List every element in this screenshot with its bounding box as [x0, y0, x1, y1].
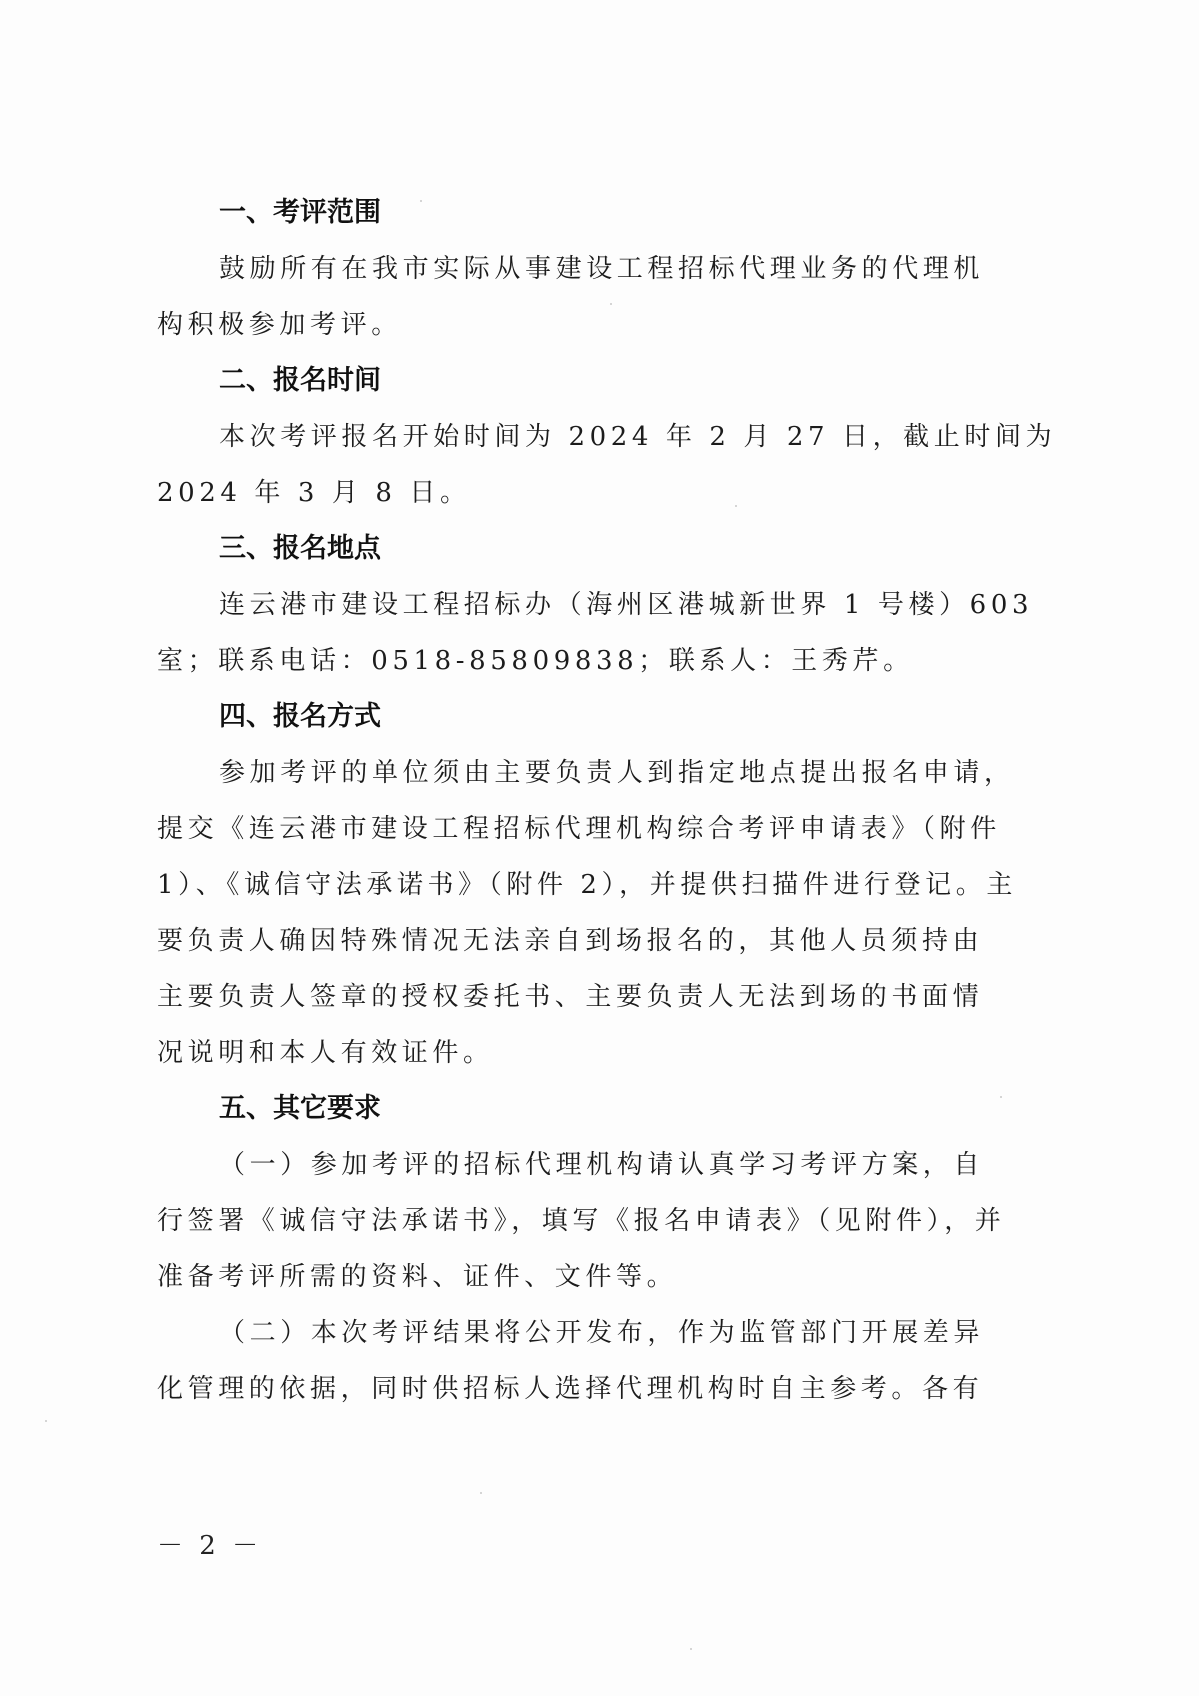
text-line: 1）、《诚信守法承诺书》（附件 2），并提供扫描件进行登记。主 — [157, 857, 969, 913]
scan-speck — [610, 303, 612, 305]
paragraph-requirement-1: （一）参加考评的招标代理机构请认真学习考评方案，自 行签署《诚信守法承诺书》，填… — [157, 1137, 969, 1305]
paragraph-registration-time: 本次考评报名开始时间为 2024 年 2 月 27 日，截止时间为 2024 年… — [157, 409, 969, 521]
text-line: 室；联系电话：0518-85809838；联系人：王秀芹。 — [157, 633, 969, 689]
text-line: 连云港市建设工程招标办（海州区港城新世界 1 号楼）603 — [157, 577, 969, 633]
text-line: 提交《连云港市建设工程招标代理机构综合考评申请表》（附件 — [157, 801, 969, 857]
text-line: 行签署《诚信守法承诺书》，填写《报名申请表》（见附件），并 — [157, 1193, 969, 1249]
scan-speck — [420, 200, 422, 202]
section-heading-registration-location: 三、报名地点 — [157, 521, 969, 577]
paragraph-registration-location: 连云港市建设工程招标办（海州区港城新世界 1 号楼）603 室；联系电话：051… — [157, 577, 969, 689]
scan-speck — [1000, 1096, 1002, 1098]
text-line: 况说明和本人有效证件。 — [157, 1025, 969, 1081]
text-line: 2024 年 3 月 8 日。 — [157, 465, 969, 521]
section-heading-registration-method: 四、报名方式 — [157, 689, 969, 745]
document-page: 一、考评范围 鼓励所有在我市实际从事建设工程招标代理业务的代理机 构积极参加考评… — [0, 0, 1199, 1696]
text-line: 主要负责人签章的授权委托书、主要负责人无法到场的书面情 — [157, 969, 969, 1025]
scan-speck — [45, 1420, 47, 1422]
scan-speck — [690, 1648, 692, 1650]
text-line: 准备考评所需的资料、证件、文件等。 — [157, 1249, 969, 1305]
text-line: （一）参加考评的招标代理机构请认真学习考评方案，自 — [157, 1137, 969, 1193]
text-line: 化管理的依据，同时供招标人选择代理机构时自主参考。各有 — [157, 1361, 969, 1417]
paragraph-requirement-2: （二）本次考评结果将公开发布，作为监管部门开展差异 化管理的依据，同时供招标人选… — [157, 1305, 969, 1417]
section-heading-other-requirements: 五、其它要求 — [157, 1081, 969, 1137]
scan-speck — [735, 505, 737, 507]
scan-speck — [480, 1492, 482, 1494]
section-heading-registration-time: 二、报名时间 — [157, 353, 969, 409]
text-line: （二）本次考评结果将公开发布，作为监管部门开展差异 — [157, 1305, 969, 1361]
paragraph-registration-method: 参加考评的单位须由主要负责人到指定地点提出报名申请， 提交《连云港市建设工程招标… — [157, 745, 969, 1081]
page-number: － 2 － — [157, 1525, 262, 1562]
text-line: 参加考评的单位须由主要负责人到指定地点提出报名申请， — [157, 745, 969, 801]
text-line: 鼓励所有在我市实际从事建设工程招标代理业务的代理机 — [157, 241, 969, 297]
text-line: 构积极参加考评。 — [157, 297, 969, 353]
text-line: 要负责人确因特殊情况无法亲自到场报名的，其他人员须持由 — [157, 913, 969, 969]
text-line: 本次考评报名开始时间为 2024 年 2 月 27 日，截止时间为 — [157, 409, 969, 465]
section-heading-scope: 一、考评范围 — [157, 185, 969, 241]
paragraph-scope: 鼓励所有在我市实际从事建设工程招标代理业务的代理机 构积极参加考评。 — [157, 241, 969, 353]
document-body: 一、考评范围 鼓励所有在我市实际从事建设工程招标代理业务的代理机 构积极参加考评… — [157, 185, 969, 1417]
